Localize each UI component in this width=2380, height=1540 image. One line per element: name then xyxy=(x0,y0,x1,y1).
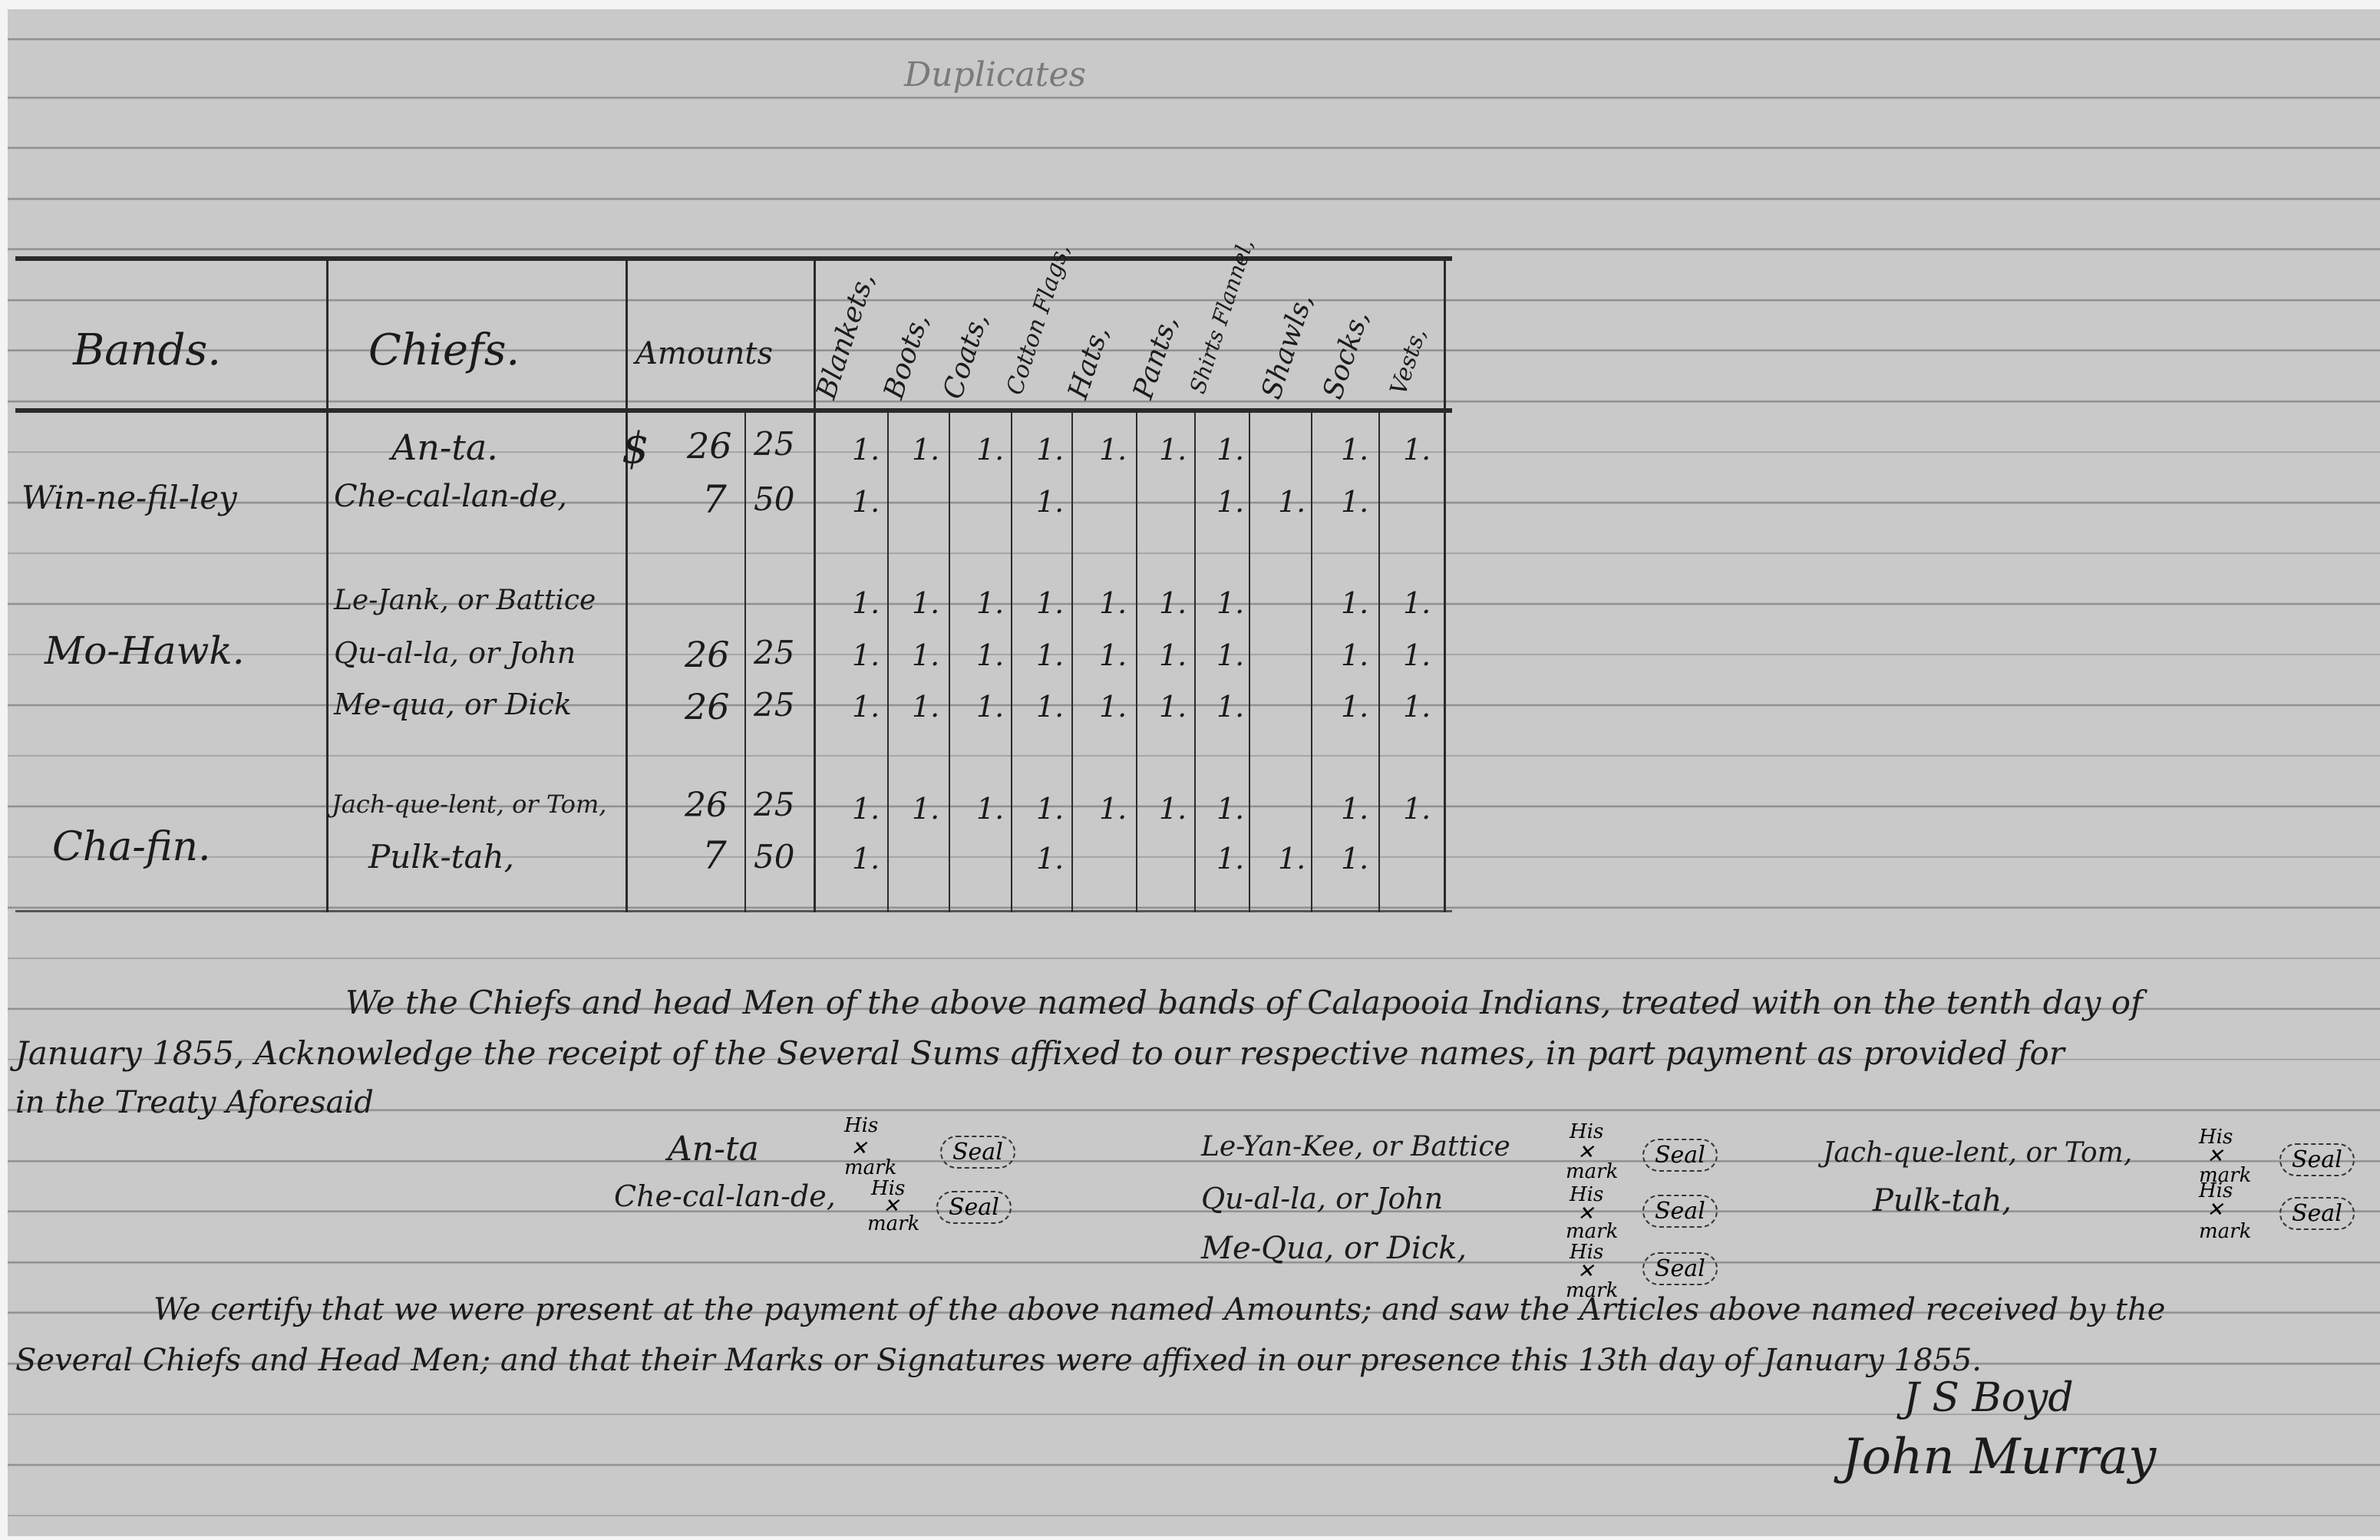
acknowledgement-line-1: We the Chiefs and head Men of the above … xyxy=(345,984,2143,1021)
band-name: Mo-Hawk. xyxy=(45,628,245,673)
item-count: 1. xyxy=(976,792,1004,826)
signatory-name: Jach-que-lent, or Tom, xyxy=(1823,1137,2132,1169)
mark-label: mark xyxy=(867,1212,919,1235)
seal-badge: Seal xyxy=(1642,1195,1718,1228)
amount-dollars: 26 xyxy=(685,686,730,727)
item-count: 1. xyxy=(1159,792,1187,826)
item-count: 1. xyxy=(976,690,1004,724)
chief-name: Pulk-tah, xyxy=(368,838,514,876)
col-divider xyxy=(1378,408,1380,912)
amount-dollars: 26 xyxy=(685,634,730,675)
col-divider xyxy=(1311,408,1312,912)
item-count: 1. xyxy=(1278,842,1306,876)
table-bottom-rule xyxy=(15,910,1452,912)
his-label: His xyxy=(844,1114,878,1137)
amount-dollars: 7 xyxy=(702,477,727,522)
item-count: 1. xyxy=(1341,485,1368,519)
chief-name: Che-cal-lan-de, xyxy=(334,479,567,514)
item-count: 1. xyxy=(1036,638,1064,672)
item-count: 1. xyxy=(1341,690,1368,724)
signatory-name: Qu-al-la, or John xyxy=(1201,1182,1443,1215)
item-count: 1. xyxy=(976,638,1004,672)
item-count: 1. xyxy=(1341,792,1368,826)
item-count: 1. xyxy=(912,433,939,467)
chief-name: An-ta. xyxy=(391,427,498,468)
header-chiefs: Chiefs. xyxy=(368,325,520,375)
acknowledgement-line-2: January 1855, Acknowledge the receipt of… xyxy=(15,1034,2065,1072)
seal-badge: Seal xyxy=(1642,1252,1718,1285)
signatory-name: An-ta xyxy=(668,1129,759,1169)
item-count: 1. xyxy=(1159,433,1187,467)
col-divider-amounts xyxy=(814,256,816,912)
item-count: 1. xyxy=(1036,690,1064,724)
item-count: 1. xyxy=(1099,690,1127,724)
item-count: 1. xyxy=(1403,638,1431,672)
seal-badge: Seal xyxy=(940,1136,1015,1169)
header-item-boots: Boots, xyxy=(878,310,935,403)
item-count: 1. xyxy=(852,690,880,724)
item-count: 1. xyxy=(1036,485,1064,519)
item-count: 1. xyxy=(1036,792,1064,826)
item-count: 1. xyxy=(1099,638,1127,672)
header-item-hats: Hats, xyxy=(1062,322,1115,403)
col-divider xyxy=(1249,408,1250,912)
item-count: 1. xyxy=(852,638,880,672)
seal-badge: Seal xyxy=(936,1191,1012,1224)
col-divider xyxy=(949,408,950,912)
amount-cents: 50 xyxy=(754,480,794,518)
header-item-vests: Vests, xyxy=(1385,325,1432,398)
item-count: 1. xyxy=(1216,433,1244,467)
item-count: 1. xyxy=(1099,586,1127,620)
mark-label: mark xyxy=(2199,1220,2251,1243)
his-label: His xyxy=(1570,1120,1603,1143)
chief-name: Me-qua, or Dick xyxy=(334,688,572,721)
acknowledgement-line-3: in the Treaty Aforesaid xyxy=(15,1085,374,1120)
amount-dollars: 7 xyxy=(702,833,727,878)
table-header-rule xyxy=(15,408,1452,413)
item-count: 1. xyxy=(912,792,939,826)
seal-badge: Seal xyxy=(1642,1139,1718,1172)
signatory-name: Me-Qua, or Dick, xyxy=(1201,1231,1467,1266)
amount-dollars: 26 xyxy=(685,786,728,825)
item-count: 1. xyxy=(1403,586,1431,620)
chief-name: Le-Jank, or Battice xyxy=(334,585,596,616)
chief-name: Qu-al-la, or John xyxy=(334,636,576,670)
col-divider xyxy=(1136,408,1137,912)
item-count: 1. xyxy=(976,433,1004,467)
item-count: 1. xyxy=(1216,485,1244,519)
signatory-name: Le-Yan-Kee, or Battice xyxy=(1201,1131,1510,1162)
chief-name: Jach-que-lent, or Tom, xyxy=(332,790,606,819)
item-count: 1. xyxy=(1036,842,1064,876)
col-divider-chiefs xyxy=(626,256,628,912)
col-divider xyxy=(1071,408,1073,912)
item-count: 1. xyxy=(1099,433,1127,467)
witness-signature: John Murray xyxy=(1842,1429,2156,1486)
header-item-blankets: Blankets, xyxy=(810,269,881,403)
item-count: 1. xyxy=(852,792,880,826)
amount-cents: 25 xyxy=(754,634,794,671)
item-count: 1. xyxy=(1159,690,1187,724)
signatory-name: Pulk-tah, xyxy=(1873,1183,2012,1218)
witness-signature: J S Boyd xyxy=(1903,1375,2074,1421)
item-count: 1. xyxy=(852,842,880,876)
item-count: 1. xyxy=(1216,842,1244,876)
x-mark-icon: ✕ xyxy=(2207,1199,2223,1222)
col-divider xyxy=(887,408,889,912)
seal-badge: Seal xyxy=(2279,1143,2355,1176)
item-count: 1. xyxy=(1341,433,1368,467)
item-count: 1. xyxy=(912,690,939,724)
header-item-shawls: Shawls, xyxy=(1256,290,1319,403)
col-divider-dollars xyxy=(744,408,746,912)
document-page: Duplicates Bands. Chiefs. Amounts Blanke… xyxy=(8,9,2380,1536)
mark-label: mark xyxy=(1566,1220,1618,1243)
item-count: 1. xyxy=(1403,433,1431,467)
item-count: 1. xyxy=(852,586,880,620)
header-bands: Bands. xyxy=(73,325,221,375)
certification-line-1: We certify that we were present at the p… xyxy=(153,1292,2165,1327)
item-count: 1. xyxy=(1216,792,1244,826)
item-count: 1. xyxy=(1036,433,1064,467)
item-count: 1. xyxy=(1216,586,1244,620)
item-count: 1. xyxy=(1159,586,1187,620)
col-divider xyxy=(1194,408,1196,912)
duplicates-annotation: Duplicates xyxy=(904,55,1086,94)
header-item-socks: Socks, xyxy=(1317,307,1375,403)
header-amounts: Amounts xyxy=(635,336,773,371)
header-item-cotton-flags: Cotton Flags, xyxy=(1002,241,1075,398)
amount-cents: 25 xyxy=(754,686,794,724)
item-count: 1. xyxy=(852,433,880,467)
item-count: 1. xyxy=(912,586,939,620)
item-count: 1. xyxy=(1341,638,1368,672)
item-count: 1. xyxy=(1159,638,1187,672)
amount-cents: 25 xyxy=(754,425,794,463)
signatory-name: Che-cal-lan-de, xyxy=(614,1179,836,1213)
col-divider-end xyxy=(1444,256,1446,912)
dollar-sign: $ xyxy=(622,424,649,473)
amount-cents: 25 xyxy=(754,786,794,823)
header-item-coats: Coats, xyxy=(937,309,995,403)
mark-label: mark xyxy=(1566,1160,1618,1183)
certification-line-2: Several Chiefs and Head Men; and that th… xyxy=(15,1343,1982,1378)
col-divider xyxy=(1011,408,1012,912)
payment-table: Bands. Chiefs. Amounts Blankets, Boots, … xyxy=(15,256,1452,915)
item-count: 1. xyxy=(1216,690,1244,724)
band-name: Win-ne-fil-ley xyxy=(21,479,237,516)
item-count: 1. xyxy=(1216,638,1244,672)
mark-label: mark xyxy=(844,1156,896,1179)
item-count: 1. xyxy=(912,638,939,672)
amount-cents: 50 xyxy=(754,838,794,876)
item-count: 1. xyxy=(1403,690,1431,724)
item-count: 1. xyxy=(1341,586,1368,620)
seal-badge: Seal xyxy=(2279,1197,2355,1230)
item-count: 1. xyxy=(1036,586,1064,620)
band-name: Cha-fin. xyxy=(52,824,211,870)
item-count: 1. xyxy=(1099,792,1127,826)
col-divider-bands xyxy=(326,256,328,912)
item-count: 1. xyxy=(1341,842,1368,876)
item-count: 1. xyxy=(1278,485,1306,519)
header-item-pants: Pants, xyxy=(1127,312,1183,403)
item-count: 1. xyxy=(976,586,1004,620)
item-count: 1. xyxy=(852,485,880,519)
item-count: 1. xyxy=(1403,792,1431,826)
amount-dollars: 26 xyxy=(687,425,732,467)
